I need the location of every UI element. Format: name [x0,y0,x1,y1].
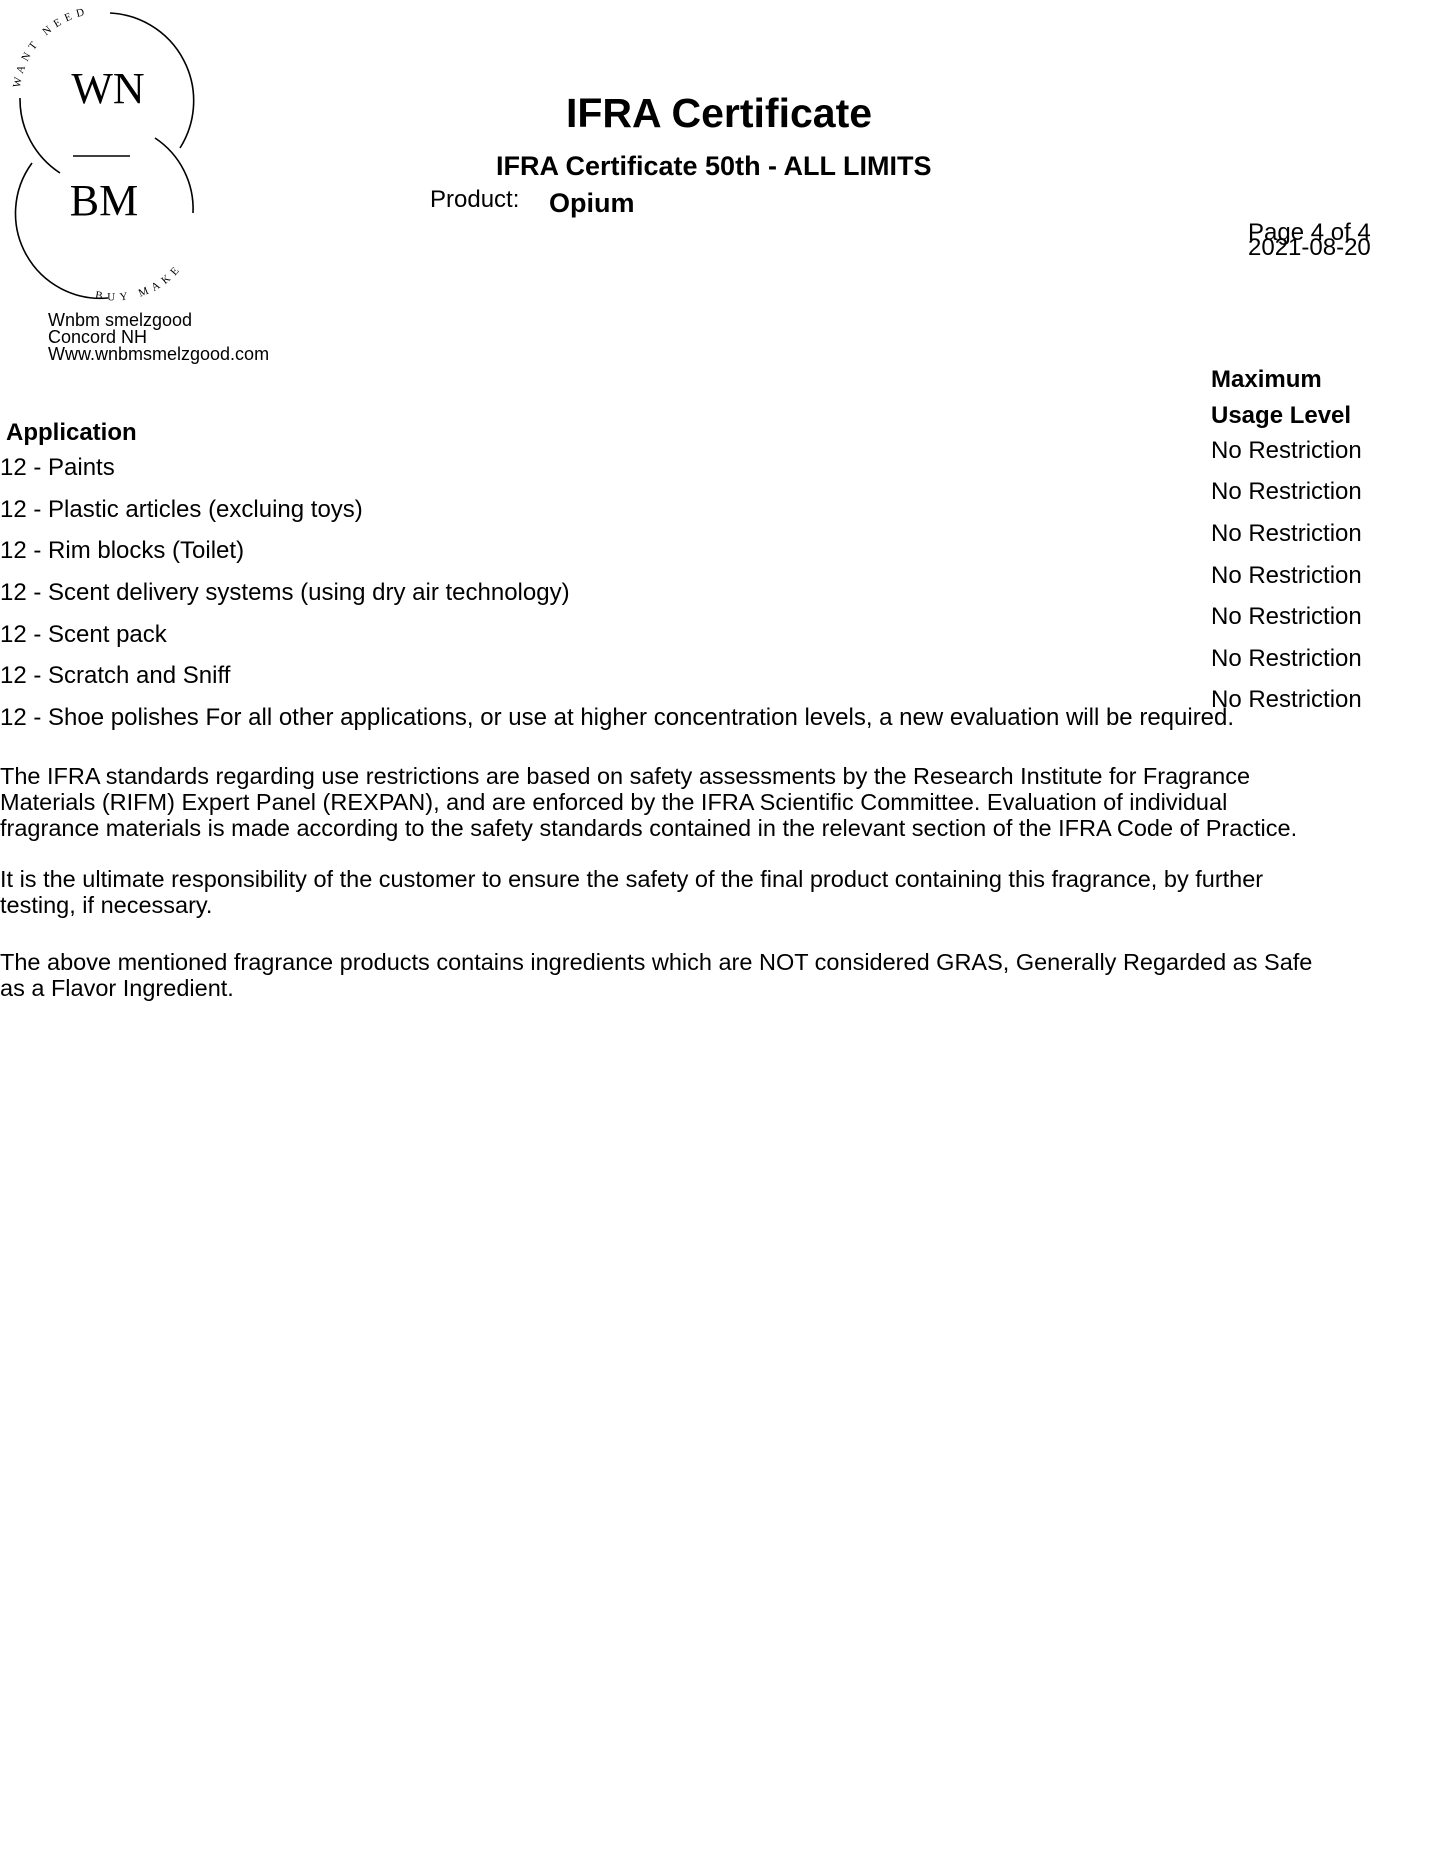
table-row-application: 12 - Scent pack [0,621,167,649]
certificate-date: 2021-08-20 [1248,239,1371,257]
gras-disclaimer-paragraph: The above mentioned fragrance products c… [0,949,1320,1001]
product-name: Opium [549,188,635,219]
table-row-level: No Restriction [1211,562,1362,590]
column-header-max-usage-line2: Usage Level [1211,402,1351,430]
table-row-level: No Restriction [1211,478,1362,506]
certificate-subtitle: IFRA Certificate 50th - ALL LIMITS [496,151,932,182]
company-website: Www.wnbmsmelzgood.com [48,346,269,363]
logo-bottom-text: BUY MAKE [94,261,185,303]
page-title: IFRA Certificate [566,90,872,137]
table-row-level: No Restriction [1211,645,1362,673]
customer-responsibility-paragraph: It is the ultimate responsibility of the… [0,866,1320,918]
table-row-level: No Restriction [1211,437,1362,465]
table-row-level: No Restriction [1211,520,1362,548]
company-logo: WANT NEED BUY MAKE WN BM [10,8,210,308]
column-header-application: Application [6,419,137,447]
table-row-application: 12 - Scratch and Sniff [0,662,230,690]
table-row-application: 12 - Paints [0,454,115,482]
table-row-application: 12 - Rim blocks (Toilet) [0,537,244,565]
table-row-application: 12 - Shoe polishes For all other applica… [0,704,1234,732]
product-label: Product: [430,186,519,214]
table-row-application: 12 - Scent delivery systems (using dry a… [0,579,570,607]
ifra-standards-paragraph: The IFRA standards regarding use restric… [0,763,1320,841]
table-row-level: No Restriction [1211,686,1362,714]
table-row-level: No Restriction [1211,603,1362,631]
column-header-max-usage-line1: Maximum [1211,366,1322,394]
logo-monogram-top: WN [71,64,144,113]
logo-monogram-bottom: BM [70,176,138,225]
table-row-application: 12 - Plastic articles (excluing toys) [0,496,363,524]
